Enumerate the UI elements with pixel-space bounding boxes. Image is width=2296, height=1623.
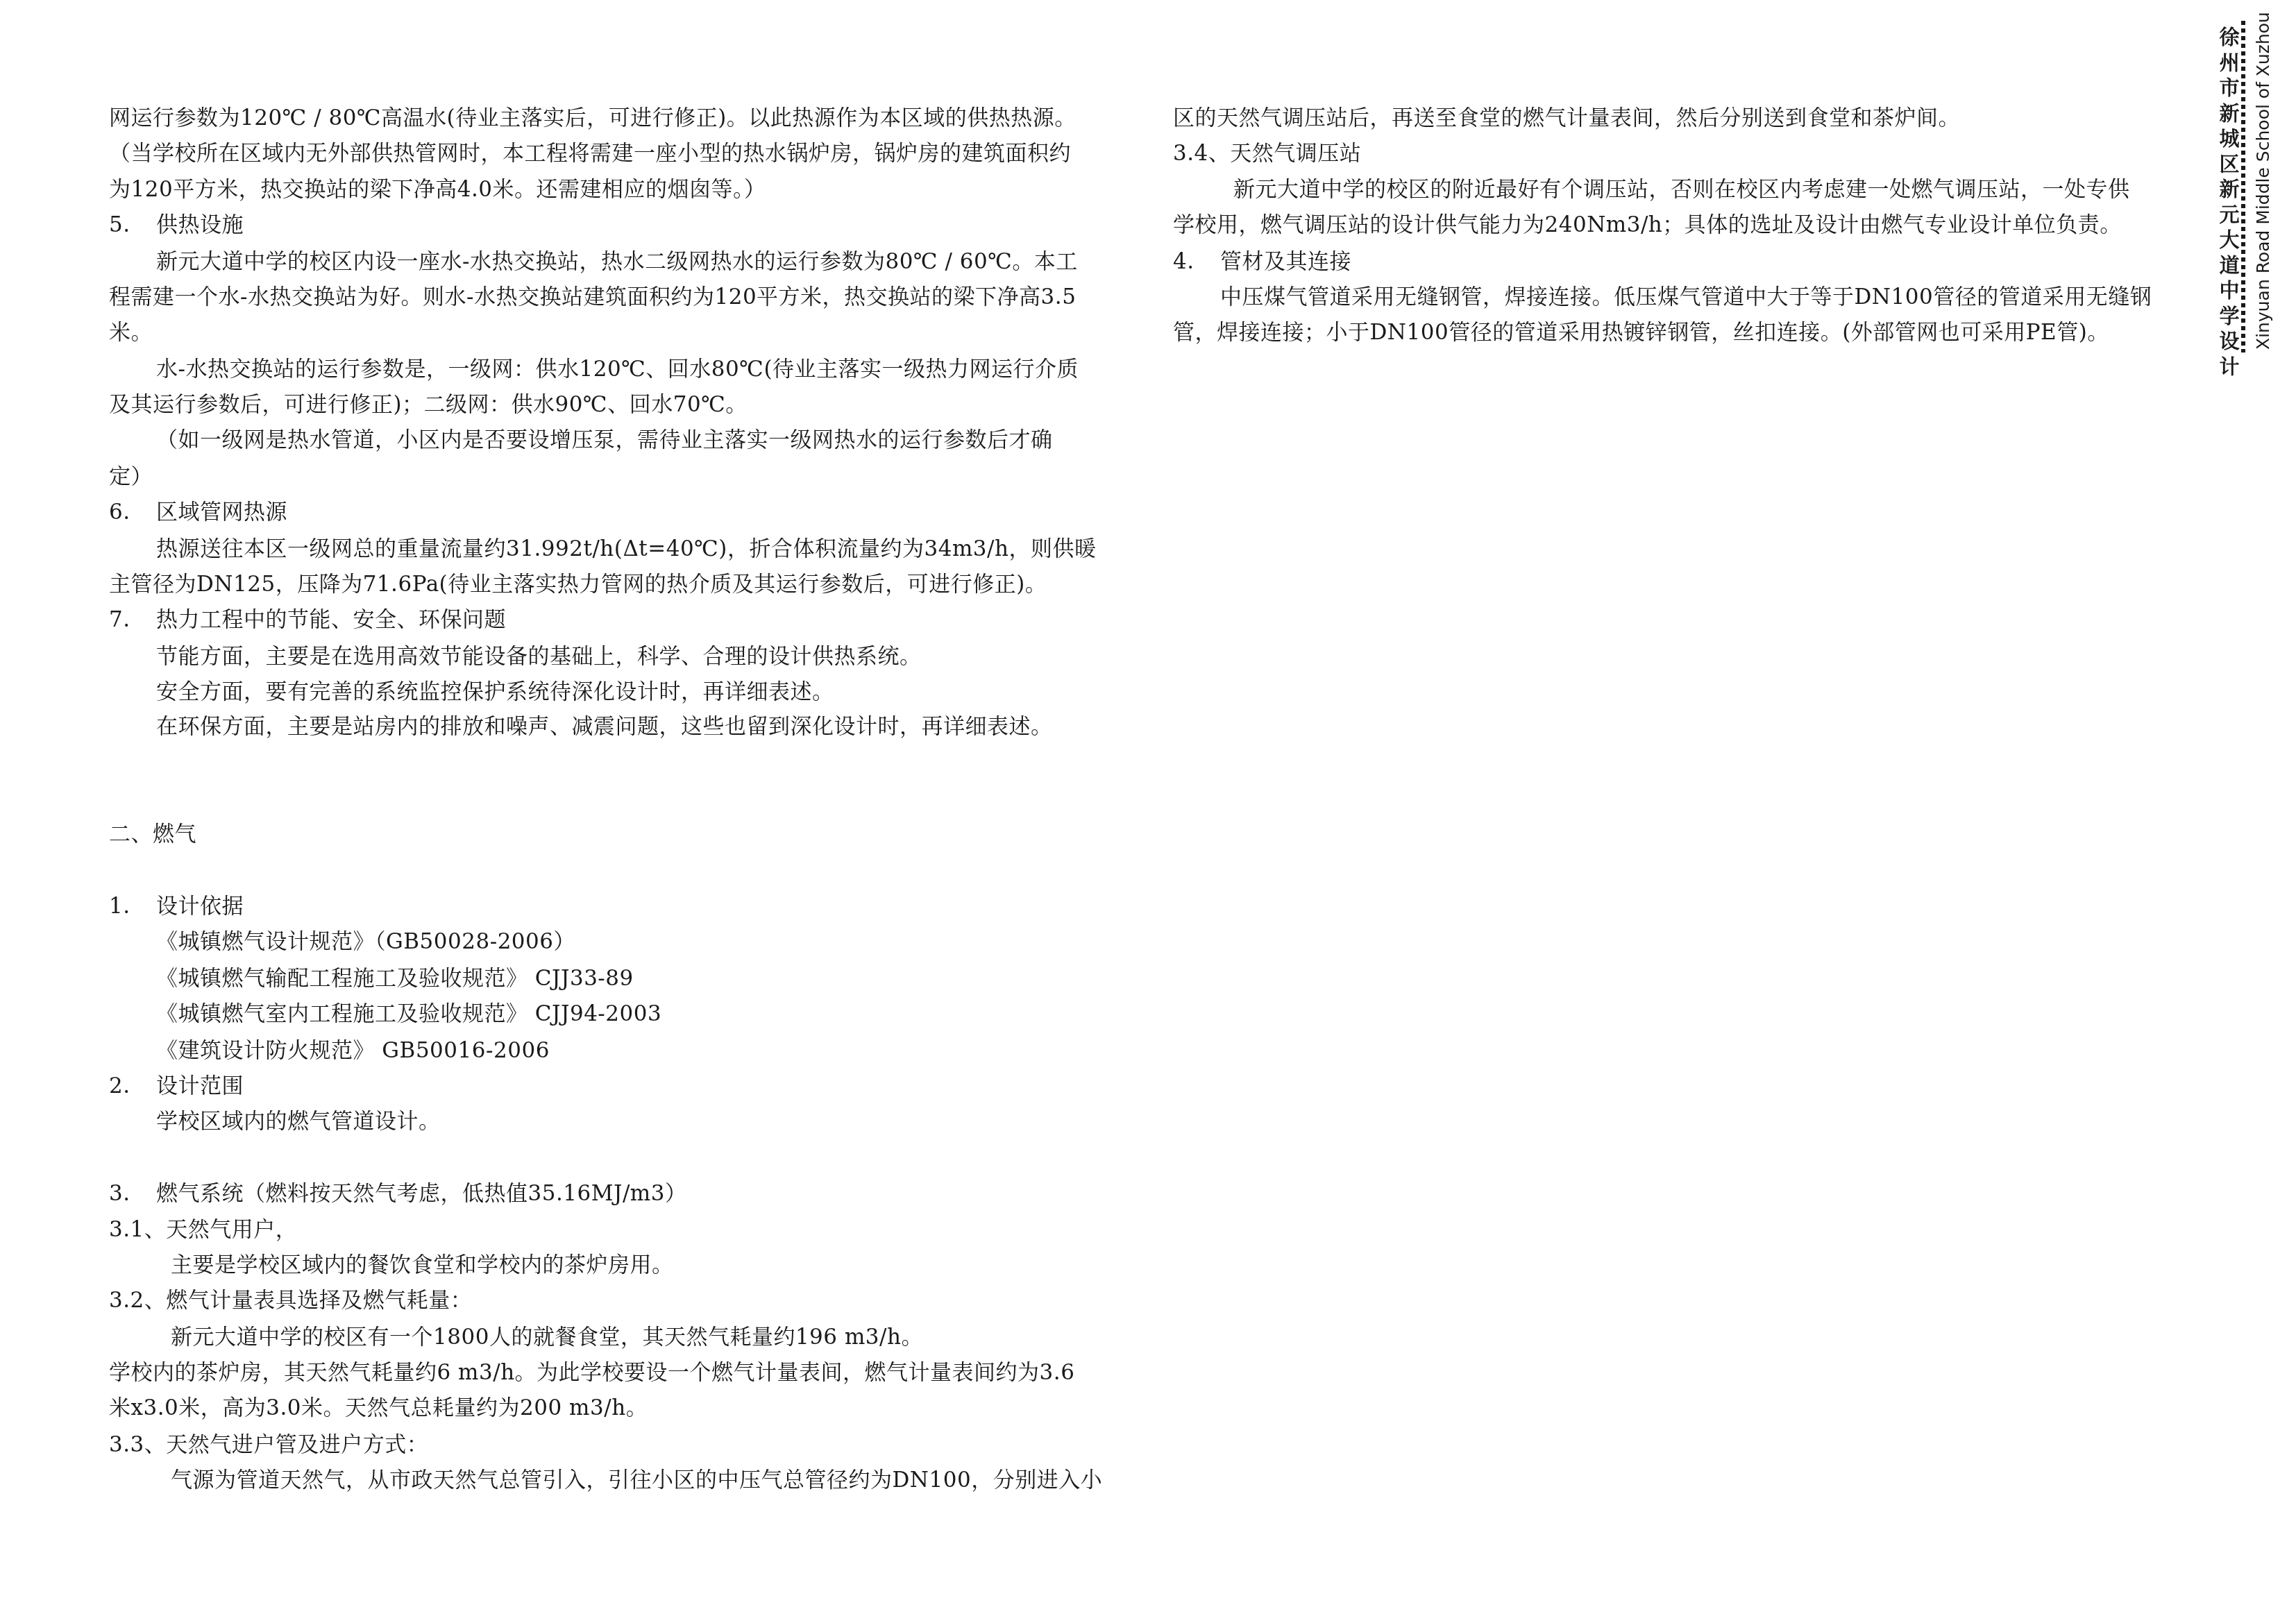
- section-number: 7.: [109, 606, 156, 634]
- side-title-english: Xinyuan Road Middle School of Xuzhou: [2254, 12, 2273, 350]
- section-number: 5.: [109, 211, 156, 239]
- section-heading-6: 6.区域管网热源: [109, 498, 287, 526]
- section-heading-7: 7.热力工程中的节能、安全、环保问题: [109, 606, 506, 634]
- paragraph-line: 定）: [109, 463, 153, 491]
- subsection-heading-3-3: 3.3、天然气进户管及进户方式：: [109, 1431, 428, 1459]
- paragraph-line: 热源送往本区一级网总的重量流量约31.992t/h(Δt=40℃)，折合体积流量…: [156, 535, 1096, 563]
- standard-reference: 《建筑设计防火规范》 GB50016-2006: [156, 1037, 550, 1064]
- subsection-heading-3-2: 3.2、燃气计量表具选择及燃气耗量：: [109, 1286, 472, 1314]
- paragraph-line: 米。: [109, 318, 153, 346]
- paragraph-line: 新元大道中学的校区有一个1800人的就餐食堂，其天然气耗量约196 m3/h。: [171, 1323, 923, 1351]
- section-title: 燃气系统（燃料按天然气考虑，低热值35.16MJ/m3）: [156, 1181, 686, 1206]
- paragraph-line: 水-水热交换站的运行参数是，一级网：供水120℃、回水80℃(待业主落实一级热力…: [156, 355, 1079, 383]
- paragraph-line: 主管径为DN125，压降为71.6Pa(待业主落实热力管网的热介质及其运行参数后…: [109, 570, 1047, 598]
- section-heading-1: 1.设计依据: [109, 892, 244, 920]
- paragraph-line: 及其运行参数后，可进行修正)；二级网：供水90℃、回水70℃。: [109, 391, 748, 418]
- section-title: 设计范围: [156, 1073, 244, 1098]
- standard-reference: 《城镇燃气输配工程施工及验收规范》 CJJ33-89: [156, 965, 634, 992]
- section-title: 设计依据: [156, 894, 244, 919]
- paragraph-line: 米x3.0米，高为3.0米。天然气总耗量约为200 m3/h。: [109, 1394, 648, 1422]
- paragraph-line: （当学校所在区域内无外部供热管网时，本工程将需建一座小型的热水锅炉房，锅炉房的建…: [109, 139, 1071, 167]
- section-number: 4.: [1173, 248, 1220, 275]
- paragraph-line: 管，焊接连接；小于DN100管径的管道采用热镀锌钢管，丝扣连接。(外部管网也可采…: [1173, 318, 2109, 346]
- paragraph-line: 安全方面，要有完善的系统监控保护系统待深化设计时，再详细表述。: [156, 678, 834, 706]
- section-heading-4: 4.管材及其连接: [1173, 248, 1351, 275]
- standard-reference: 《城镇燃气设计规范》（GB50028-2006）: [156, 928, 575, 955]
- paragraph-line: 为120平方米，热交换站的梁下净高4.0米。还需建相应的烟囱等。）: [109, 176, 766, 203]
- paragraph-line: 学校区域内的燃气管道设计。: [156, 1107, 441, 1135]
- paragraph-line: 中压煤气管道采用无缝钢管，焊接连接。低压煤气管道中大于等于DN100管径的管道采…: [1220, 283, 2152, 311]
- paragraph-line: 新元大道中学的校区的附近最好有个调压站，否则在校区内考虑建一处燃气调压站，一处专…: [1233, 176, 2130, 203]
- paragraph-line: 学校内的茶炉房，其天然气耗量约6 m3/h。为此学校要设一个燃气计量表间，燃气计…: [109, 1359, 1074, 1386]
- paragraph-line: 学校用，燃气调压站的设计供气能力为240Nm3/h；具体的选址及设计由燃气专业设…: [1173, 211, 2122, 239]
- section-title: 热力工程中的节能、安全、环保问题: [156, 607, 506, 632]
- dotted-divider: [2241, 21, 2245, 352]
- section-heading-2: 2.设计范围: [109, 1072, 244, 1100]
- section-number: 6.: [109, 498, 156, 526]
- section-title: 管材及其连接: [1220, 249, 1351, 274]
- section-number: 1.: [109, 892, 156, 920]
- side-title-chinese: 徐州市新城区新元大道中学设计: [2217, 25, 2242, 380]
- document-page: 网运行参数为120℃ / 80℃高温水(待业主落实后，可进行修正)。以此热源作为…: [0, 0, 2296, 1623]
- section-heading-3: 3.燃气系统（燃料按天然气考虑，低热值35.16MJ/m3）: [109, 1180, 686, 1207]
- subsection-heading-3-1: 3.1、天然气用户，: [109, 1216, 297, 1243]
- section-number: 3.: [109, 1180, 156, 1207]
- paragraph-line: 节能方面，主要是在选用高效节能设备的基础上，科学、合理的设计供热系统。: [156, 643, 922, 670]
- paragraph-line: 程需建一个水-水热交换站为好。则水-水热交换站建筑面积约为120平方米，热交换站…: [109, 283, 1076, 311]
- paragraph-line: 区的天然气调压站后，再送至食堂的燃气计量表间，然后分别送到食堂和茶炉间。: [1173, 104, 1960, 132]
- standard-reference: 《城镇燃气室内工程施工及验收规范》 CJJ94-2003: [156, 1000, 661, 1028]
- paragraph-line: 在环保方面，主要是站房内的排放和噪声、减震问题，这些也留到深化设计时，再详细表述…: [156, 713, 1053, 740]
- paragraph-line: （如一级网是热水管道，小区内是否要设增压泵，需待业主落实一级网热水的运行参数后才…: [156, 426, 1053, 454]
- section-title: 区域管网热源: [156, 500, 287, 525]
- paragraph-line: 气源为管道天然气，从市政天然气总管引入，引往小区的中压气总管径约为DN100，分…: [171, 1466, 1102, 1494]
- side-title-strip: 徐州市新城区新元大道中学设计 Xinyuan Road Middle Schoo…: [2214, 21, 2290, 354]
- paragraph-line: 新元大道中学的校区内设一座水-水热交换站，热水二级网热水的运行参数为80℃ / …: [156, 248, 1078, 275]
- paragraph-line: 网运行参数为120℃ / 80℃高温水(待业主落实后，可进行修正)。以此热源作为…: [109, 104, 1077, 132]
- chapter-heading-gas: 二、燃气: [109, 820, 196, 848]
- section-number: 2.: [109, 1072, 156, 1100]
- section-title: 供热设施: [156, 212, 244, 237]
- paragraph-line: 主要是学校区域内的餐饮食堂和学校内的茶炉房用。: [171, 1251, 674, 1279]
- subsection-heading-3-4: 3.4、天然气调压站: [1173, 139, 1361, 167]
- section-heading-5: 5.供热设施: [109, 211, 244, 239]
